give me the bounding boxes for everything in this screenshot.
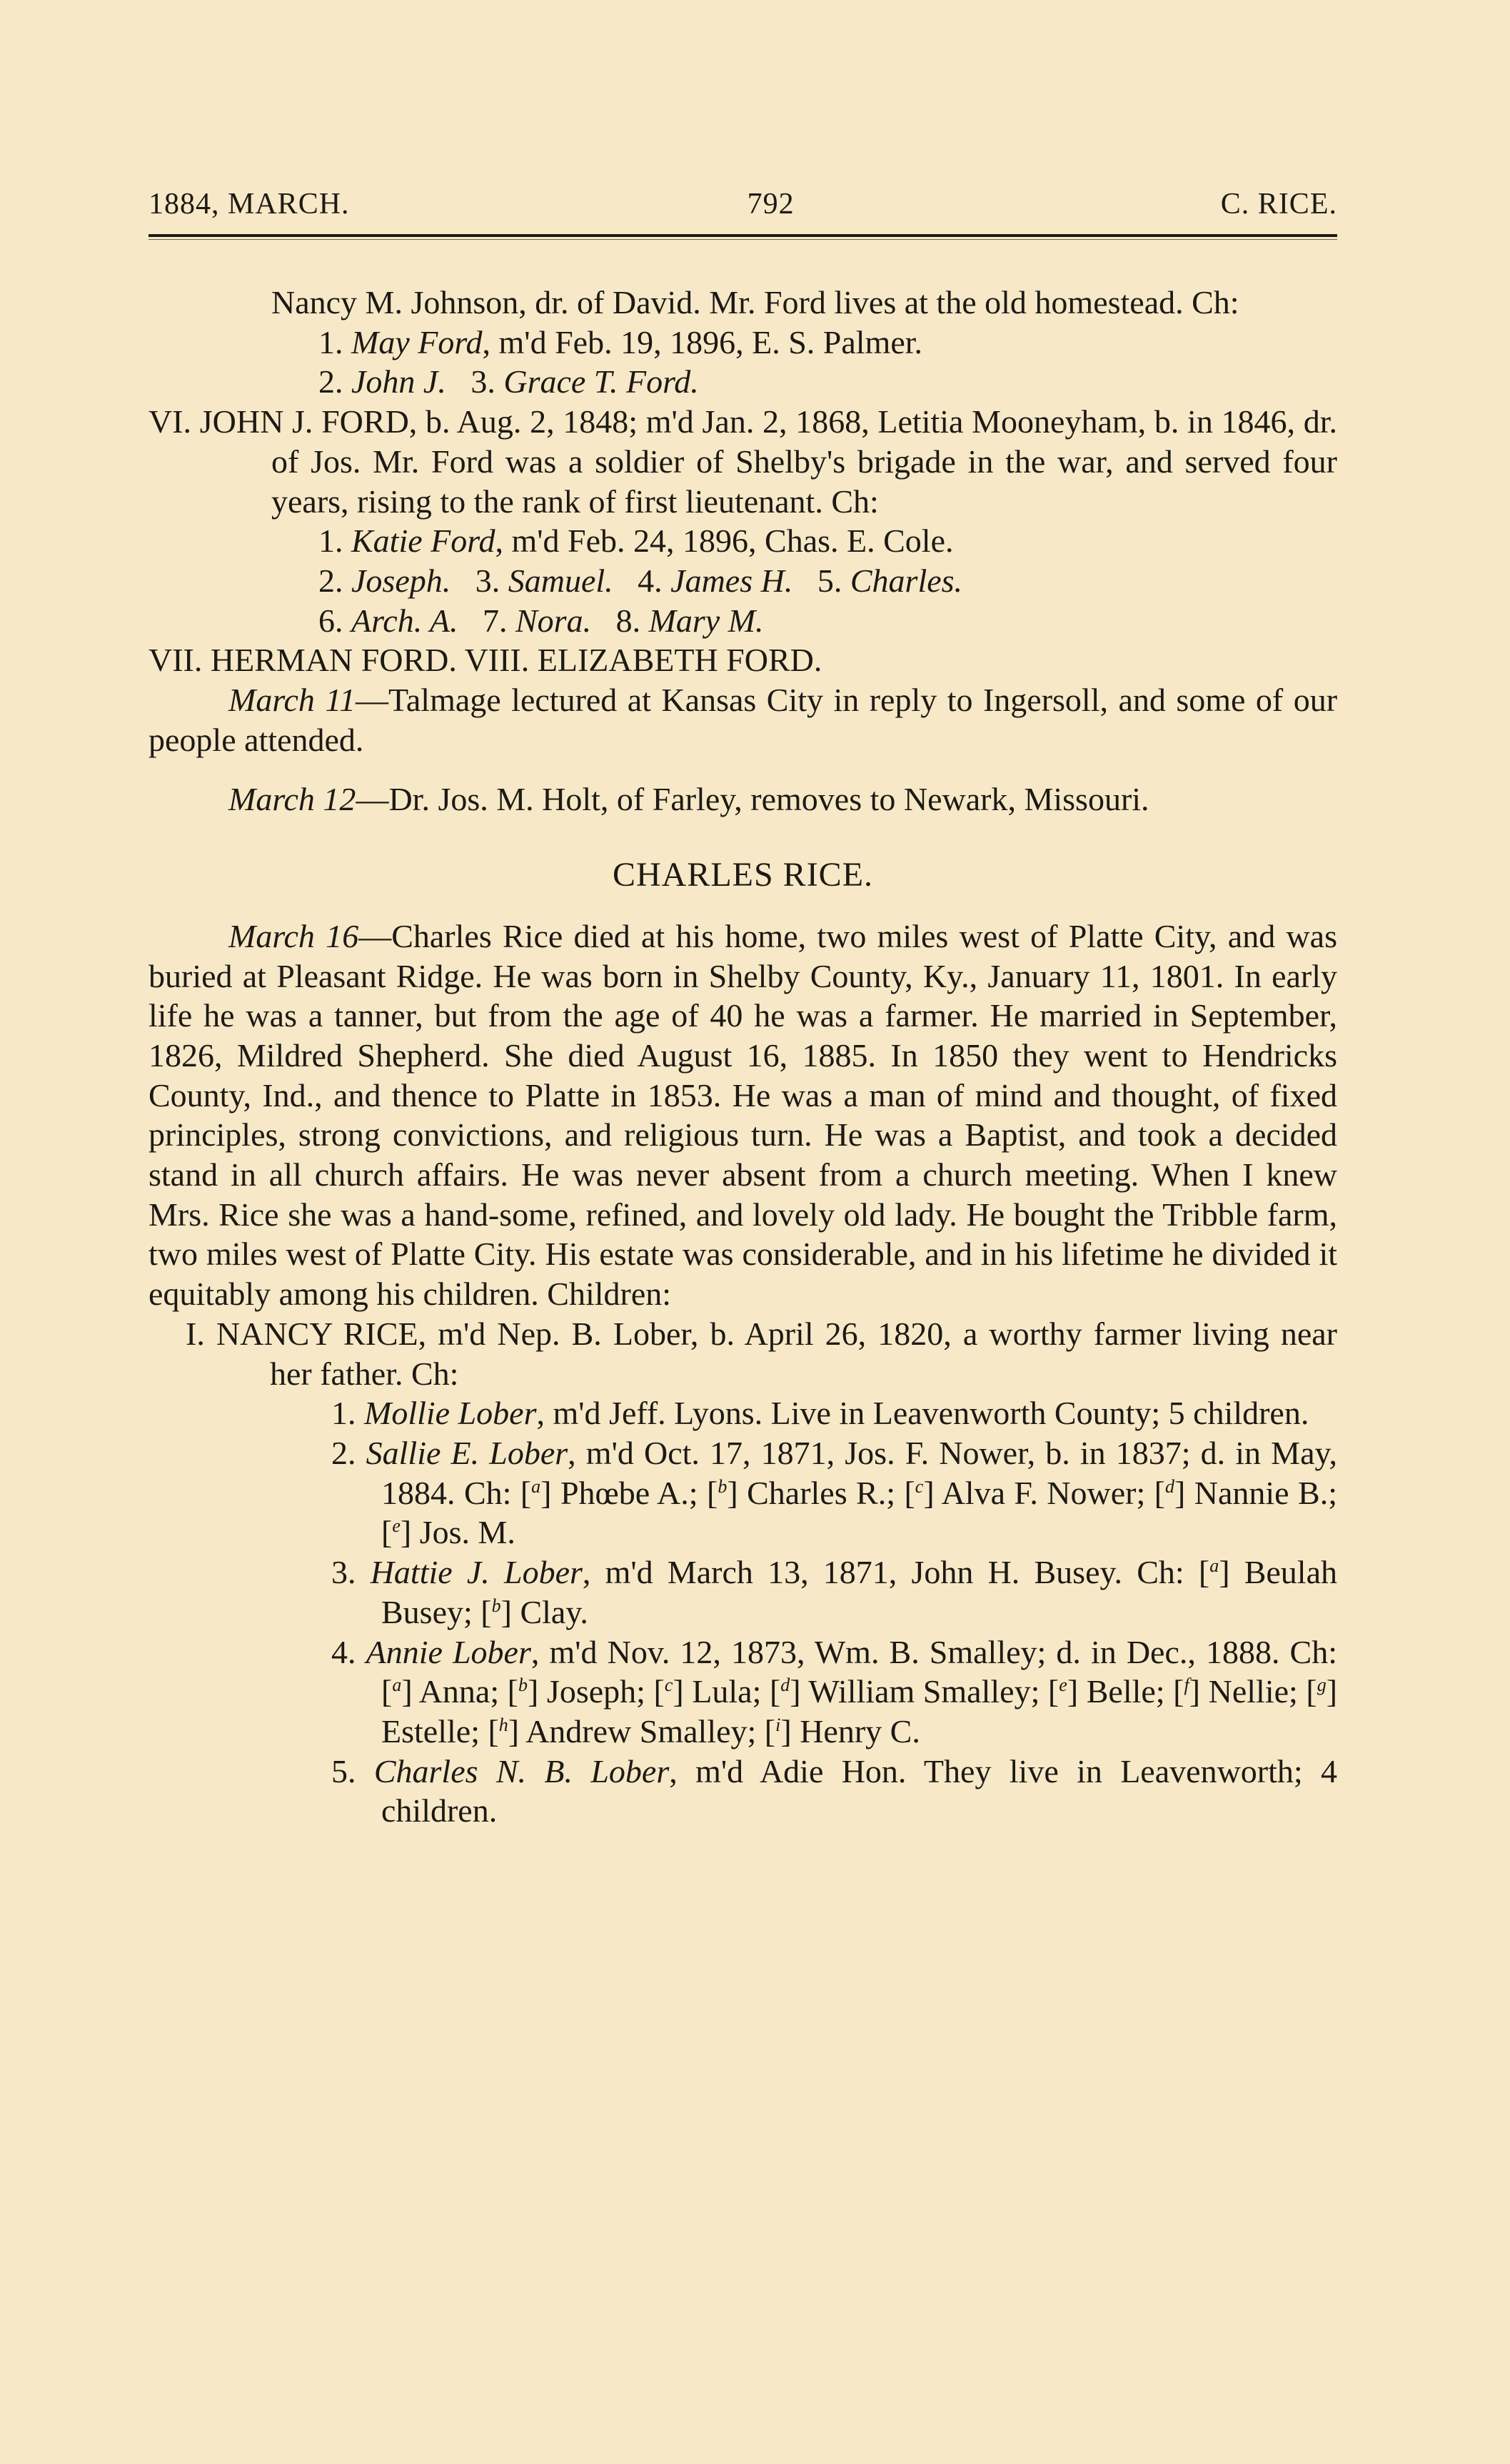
child-name: John J. <box>351 363 446 400</box>
nancy-child-2: 2. Sallie E. Lober, m'd Oct. 17, 1871, J… <box>149 1433 1337 1552</box>
ford-child-1: 1. May Ford, m'd Feb. 19, 1896, E. S. Pa… <box>149 323 1337 363</box>
running-head-date: 1884, MARCH. <box>149 187 350 221</box>
entry-march-11: March 11—Talmage lectured at Kansas City… <box>149 680 1337 759</box>
child-name: Mollie Lober <box>364 1395 536 1431</box>
child-name: Charles N. B. Lober <box>374 1753 669 1789</box>
entry-nancy-rice: I. NANCY RICE, m'd Nep. B. Lober, b. Apr… <box>149 1314 1337 1393</box>
child-name: Hattie J. Lober <box>371 1554 583 1590</box>
section-heading: CHARLES RICE. <box>149 855 1337 895</box>
john-ford-children-line-2: 2. Joseph. 3. Samuel. 4. James H. 5. Cha… <box>149 561 1337 601</box>
nancy-child-3: 3. Hattie J. Lober, m'd March 13, 1871, … <box>149 1552 1337 1632</box>
page-body: Nancy M. Johnson, dr. of David. Mr. Ford… <box>149 283 1337 1831</box>
entry-date: March 12 <box>228 781 356 817</box>
children-label: Children: <box>547 1276 671 1312</box>
running-head-title: C. RICE. <box>1221 187 1337 221</box>
entry-john-j-ford: VI. JOHN J. FORD, b. Aug. 2, 1848; m'd J… <box>149 402 1337 521</box>
child-name: Sallie E. Lober <box>366 1435 568 1471</box>
child-name: Katie Ford <box>351 522 495 559</box>
entry-date: March 16 <box>228 918 358 954</box>
entry-herman-elizabeth: VII. HERMAN FORD. VIII. ELIZABETH FORD. <box>149 640 1337 680</box>
entry-date: March 11 <box>228 682 356 718</box>
header-rule <box>149 234 1337 237</box>
entry-march-16: March 16—Charles Rice died at his home, … <box>149 917 1337 1314</box>
child-name: Grace T. Ford. <box>503 363 698 400</box>
john-ford-child-1: 1. Katie Ford, m'd Feb. 24, 1896, Chas. … <box>149 521 1337 561</box>
book-page: 1884, MARCH. 792 C. RICE. Nancy M. Johns… <box>149 187 1337 1831</box>
ford-children-line: 2. John J. 3. Grace T. Ford. <box>149 362 1337 402</box>
running-head: 1884, MARCH. 792 C. RICE. <box>149 187 1337 234</box>
ford-continuation-text: Nancy M. Johnson, dr. of David. Mr. Ford… <box>149 283 1337 323</box>
entry-march-12: March 12—Dr. Jos. M. Holt, of Farley, re… <box>149 779 1337 819</box>
child-name: May Ford <box>351 324 483 360</box>
nancy-child-5: 5. Charles N. B. Lober, m'd Adie Hon. Th… <box>149 1752 1337 1831</box>
nancy-child-1: 1. Mollie Lober, m'd Jeff. Lyons. Live i… <box>149 1393 1337 1433</box>
child-name: Annie Lober <box>366 1634 531 1670</box>
page-number: 792 <box>748 187 795 221</box>
john-ford-children-line-3: 6. Arch. A. 7. Nora. 8. Mary M. <box>149 601 1337 641</box>
header-rule-thin <box>149 239 1337 240</box>
nancy-child-4: 4. Annie Lober, m'd Nov. 12, 1873, Wm. B… <box>149 1632 1337 1752</box>
